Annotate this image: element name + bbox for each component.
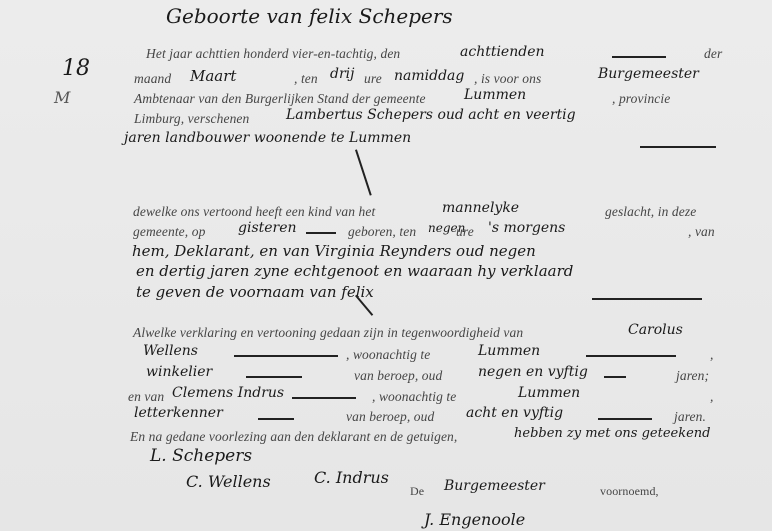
fill-line bbox=[234, 355, 338, 357]
print-text: maand bbox=[134, 71, 171, 87]
hand-sex: mannelyke bbox=[442, 200, 519, 216]
print-text: gemeente, op bbox=[133, 224, 205, 240]
print-text: De bbox=[410, 484, 424, 499]
print-text: , van bbox=[688, 224, 715, 240]
print-text: der bbox=[704, 46, 722, 62]
hand-witness1-last: Wellens bbox=[143, 343, 198, 359]
print-text: dewelke ons vertoond heeft een kind van … bbox=[133, 204, 375, 220]
hand-witness1-town: Lummen bbox=[478, 343, 540, 359]
print-text: , woonachtig te bbox=[372, 389, 456, 405]
print-text: , bbox=[710, 347, 713, 363]
fill-line bbox=[612, 56, 666, 58]
print-text: en van bbox=[128, 389, 164, 405]
fill-line bbox=[292, 397, 356, 399]
print-text: van beroep, oud bbox=[346, 409, 434, 425]
hand-witness1-age: negen en vyftig bbox=[478, 364, 588, 380]
print-text: ure bbox=[456, 224, 474, 240]
hand-witness2-name: Clemens Indrus bbox=[172, 385, 284, 401]
print-text: , ten bbox=[294, 71, 318, 87]
print-text: ure bbox=[364, 71, 382, 87]
civil-registry-birth-record: Geboorte van felix Schepers 18 M Het jaa… bbox=[0, 0, 772, 531]
fill-line bbox=[604, 376, 626, 378]
print-text: Alwelke verklaring en vertooning gedaan … bbox=[133, 325, 523, 341]
print-text: , provincie bbox=[612, 91, 670, 107]
fill-line bbox=[258, 418, 294, 420]
hand-declarant: Lambertus Schepers oud acht en veertig bbox=[286, 107, 576, 123]
hand-date: gisteren bbox=[238, 220, 297, 236]
hand-burgemeester: Burgemeester bbox=[444, 478, 545, 494]
print-text: van beroep, oud bbox=[354, 368, 442, 384]
margin-record-number: 18 bbox=[62, 56, 90, 81]
fill-line bbox=[586, 355, 676, 357]
signature-witness1: C. Wellens bbox=[186, 472, 271, 491]
hand-spouse: en dertig jaren zyne echtgenoot en waara… bbox=[136, 262, 573, 280]
hand-witness2-town: Lummen bbox=[518, 385, 580, 401]
cancel-stroke bbox=[355, 150, 371, 196]
print-text: Ambtenaar van den Burgerlijken Stand der… bbox=[134, 91, 426, 107]
hand-time: 's morgens bbox=[488, 220, 565, 236]
hand-given-name: te geven de voornaam van felix bbox=[136, 283, 374, 301]
print-text: Het jaar achttien honderd vier-en-tachti… bbox=[146, 46, 400, 62]
hand-parents: hem, Deklarant, en van Virginia Reynders… bbox=[132, 242, 536, 260]
print-text: geboren, ten bbox=[348, 224, 416, 240]
hand-hour: drij bbox=[330, 66, 354, 82]
fill-line bbox=[306, 232, 336, 234]
print-text: voornoemd, bbox=[600, 484, 659, 499]
fill-line bbox=[640, 146, 716, 148]
print-text: jaren; bbox=[676, 368, 709, 384]
fill-line bbox=[598, 418, 652, 420]
hand-occupation: jaren landbouwer woonende te Lummen bbox=[124, 130, 411, 146]
fill-line bbox=[592, 298, 702, 300]
print-text: En na gedane voorlezing aan den deklaran… bbox=[130, 429, 457, 445]
signature-witness2: C. Indrus bbox=[314, 468, 389, 487]
print-text: geslacht, in deze bbox=[605, 204, 696, 220]
hand-town: Lummen bbox=[464, 87, 526, 103]
hand-official: Burgemeester bbox=[598, 66, 699, 82]
print-text: , bbox=[710, 389, 713, 405]
hand-witness2-job: letterkenner bbox=[134, 405, 223, 421]
signature-declarant: L. Schepers bbox=[150, 446, 252, 466]
hand-month: Maart bbox=[190, 67, 236, 85]
print-text: Limburg, verschenen bbox=[134, 111, 249, 127]
signature-mayor: J. Engenoole bbox=[424, 510, 525, 529]
hand-witness1-job: winkelier bbox=[146, 364, 212, 380]
hand-day: achttienden bbox=[460, 44, 545, 60]
print-text: , is voor ons bbox=[474, 71, 541, 87]
margin-mark: M bbox=[54, 88, 70, 107]
print-text: , woonachtig te bbox=[346, 347, 430, 363]
fill-line bbox=[246, 376, 302, 378]
record-title: Geboorte van felix Schepers bbox=[166, 4, 453, 28]
hand-witness2-age: acht en vyftig bbox=[466, 405, 563, 421]
hand-signed: hebben zy met ons geteekend bbox=[514, 426, 711, 441]
hand-witness1-first: Carolus bbox=[628, 322, 683, 338]
print-text: jaren. bbox=[674, 409, 706, 425]
hand-time: namiddag bbox=[394, 68, 464, 84]
